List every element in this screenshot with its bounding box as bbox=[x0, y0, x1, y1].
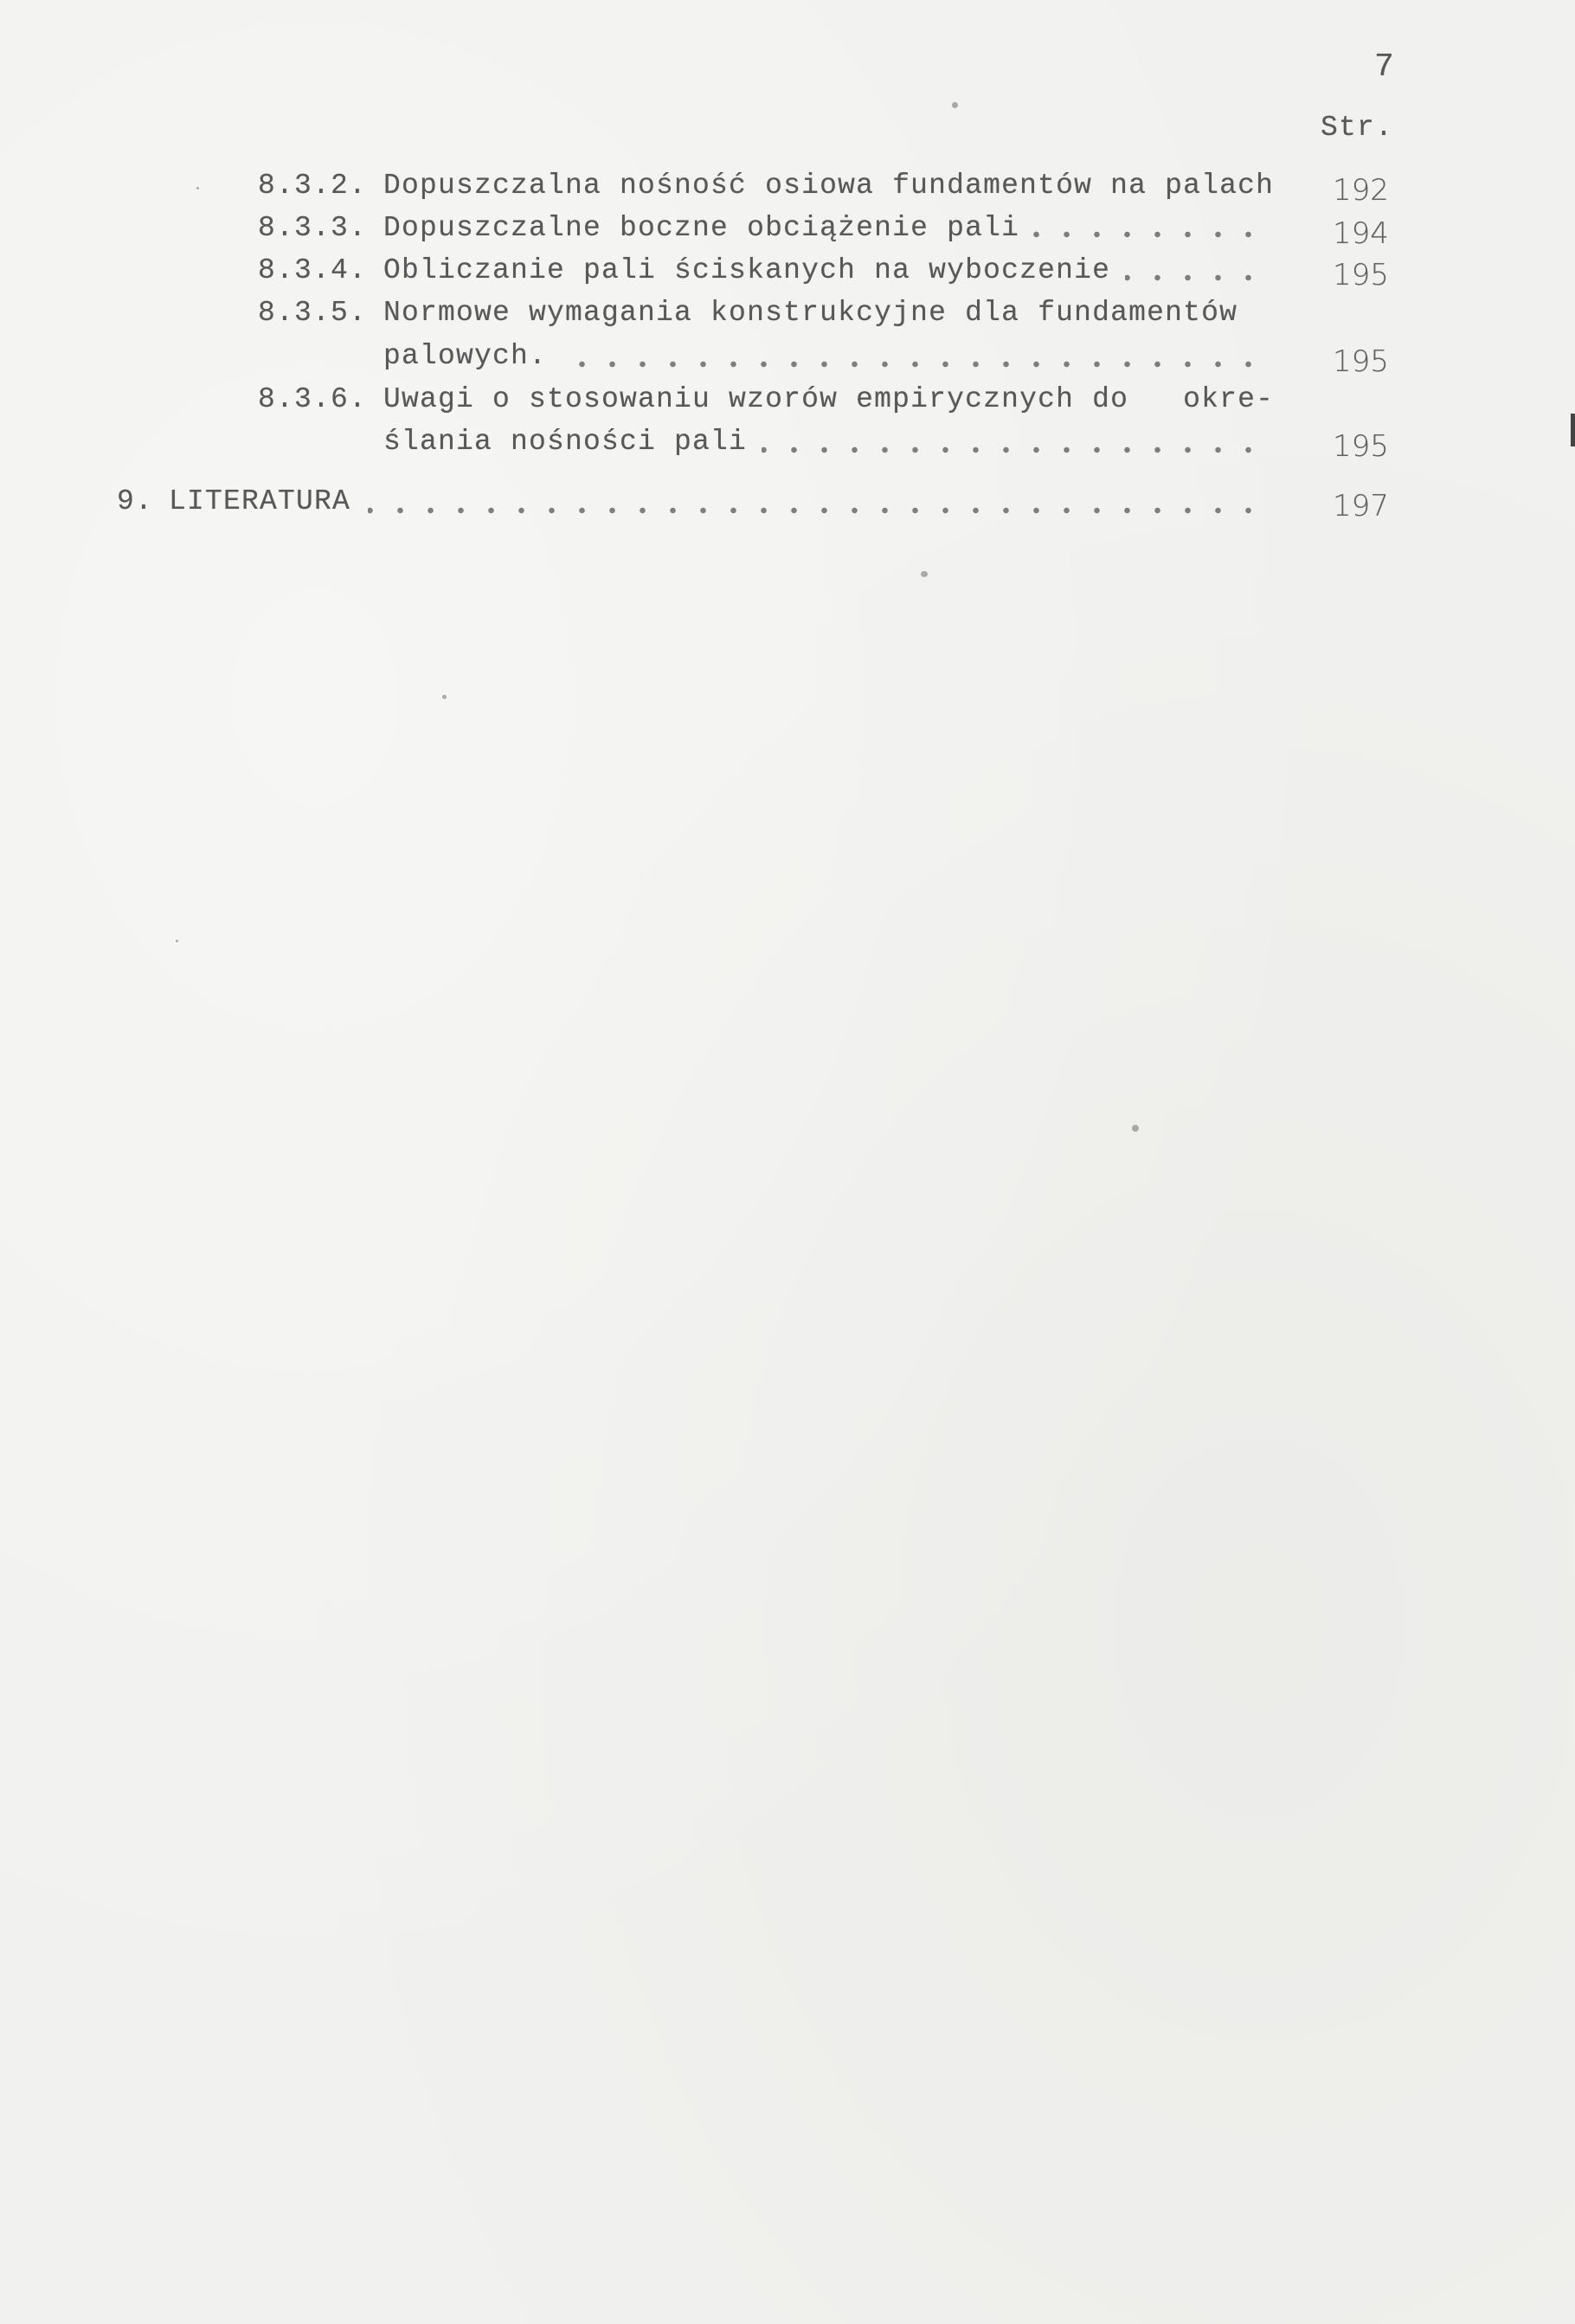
paper-speck bbox=[1132, 1125, 1139, 1132]
toc-entry-page: 195 bbox=[1333, 429, 1389, 464]
toc-entry-page: 195 bbox=[1333, 258, 1389, 292]
page-number: 7 bbox=[1374, 50, 1395, 85]
toc-entry-title: Obliczanie pali ściskanych na wyboczenie bbox=[383, 254, 1110, 288]
toc-entry-title: Uwagi o stosowaniu wzorów empirycznych d… bbox=[383, 382, 1274, 417]
paper-speck bbox=[442, 695, 447, 699]
leader-dots bbox=[762, 446, 1263, 454]
toc-entry-page: 197 bbox=[1333, 489, 1389, 523]
toc-entry-title: Normowe wymagania konstrukcyjne dla fund… bbox=[383, 296, 1237, 331]
scan-edge-mark bbox=[1571, 414, 1575, 446]
leader-dots bbox=[368, 506, 1263, 515]
toc-entry-page: 195 bbox=[1333, 344, 1389, 379]
toc-entry-number: 8.3.3. bbox=[258, 211, 367, 246]
toc-entry-number: 8.3.4. bbox=[258, 254, 367, 288]
paper-speck bbox=[176, 940, 178, 942]
paper-speck bbox=[952, 102, 958, 108]
toc-entry-number: 8.3.5. bbox=[258, 296, 367, 331]
toc-entry-title: LITERATURA bbox=[169, 485, 350, 519]
leader-dots bbox=[1028, 230, 1263, 239]
toc-entry-number: 8.3.2. bbox=[258, 169, 367, 203]
toc-entry-title: Dopuszczalne boczne obciążenie pali bbox=[383, 211, 1019, 246]
toc-entry-number: 9. bbox=[117, 485, 153, 519]
toc-entry-title-continuation: ślania nośności pali bbox=[383, 425, 747, 459]
page-column-header: Str. bbox=[1321, 111, 1393, 145]
toc-entry-title-continuation: palowych. bbox=[383, 339, 547, 374]
leader-dots bbox=[561, 360, 1263, 369]
toc-entry-page: 192 bbox=[1333, 173, 1389, 208]
toc-entry-title: Dopuszczalna nośność osiowa fundamentów … bbox=[383, 169, 1274, 203]
toc-entry-page: 194 bbox=[1333, 216, 1389, 251]
document-page: 7 Str. 8.3.2. Dopuszczalna nośność osiow… bbox=[0, 0, 1575, 2324]
paper-speck bbox=[921, 571, 928, 577]
leader-dots bbox=[1125, 273, 1263, 282]
paper-speck bbox=[196, 187, 199, 189]
toc-entry-number: 8.3.6. bbox=[258, 382, 367, 417]
